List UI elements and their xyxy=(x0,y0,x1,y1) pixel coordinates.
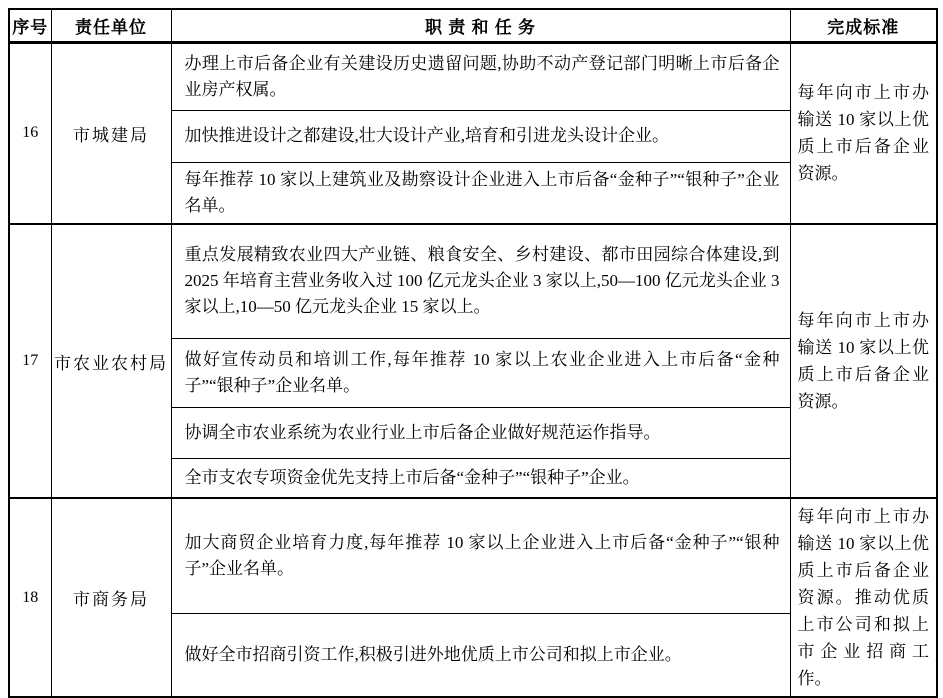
standard-cell: 每年向市上市办输送 10 家以上优质上市后备企业资源。 xyxy=(790,224,937,498)
task-cell: 重点发展精致农业四大产业链、粮食安全、乡村建设、都市田园综合体建设,到 2025… xyxy=(171,224,790,338)
task-cell: 办理上市后备企业有关建设历史遗留问题,协助不动产登记部门明晰上市后备企业房产权属… xyxy=(171,42,790,110)
col-header-tasks: 职 责 和 任 务 xyxy=(171,9,790,42)
task-cell: 加快推进设计之都建设,壮大设计产业,培育和引进龙头设计企业。 xyxy=(171,110,790,162)
col-header-standard: 完成标准 xyxy=(790,9,937,42)
table-row: 17 市农业农村局 重点发展精致农业四大产业链、粮食安全、乡村建设、都市田园综合… xyxy=(9,224,937,338)
unit-cell: 市商务局 xyxy=(51,498,171,697)
standard-cell: 每年向市上市办输送 10 家以上优质上市后备企业资源。 xyxy=(790,42,937,224)
unit-cell: 市城建局 xyxy=(51,42,171,224)
seq-cell: 18 xyxy=(9,498,51,697)
header-row: 序号 责任单位 职 责 和 任 务 完成标准 xyxy=(9,9,937,42)
col-header-seq: 序号 xyxy=(9,9,51,42)
seq-cell: 16 xyxy=(9,42,51,224)
unit-cell: 市农业农村局 xyxy=(51,224,171,498)
task-cell: 做好宣传动员和培训工作,每年推荐 10 家以上农业企业进入上市后备“金种子”“银… xyxy=(171,338,790,407)
responsibility-task-table: 序号 责任单位 职 责 和 任 务 完成标准 16 市城建局 办理上市后备企业有… xyxy=(8,8,938,698)
task-cell: 每年推荐 10 家以上建筑业及勘察设计企业进入上市后备“金种子”“银种子”企业名… xyxy=(171,162,790,224)
standard-cell: 每年向市上市办输送 10 家以上优质上市后备企业资源。推动优质上市公司和拟上市企… xyxy=(790,498,937,697)
table-row: 18 市商务局 加大商贸企业培育力度,每年推荐 10 家以上企业进入上市后备“金… xyxy=(9,498,937,613)
table-row: 16 市城建局 办理上市后备企业有关建设历史遗留问题,协助不动产登记部门明晰上市… xyxy=(9,42,937,110)
task-cell: 加大商贸企业培育力度,每年推荐 10 家以上企业进入上市后备“金种子”“银种子”… xyxy=(171,498,790,613)
task-cell: 全市支农专项资金优先支持上市后备“金种子”“银种子”企业。 xyxy=(171,458,790,498)
task-cell: 协调全市农业系统为农业行业上市后备企业做好规范运作指导。 xyxy=(171,407,790,458)
seq-cell: 17 xyxy=(9,224,51,498)
task-cell: 做好全市招商引资工作,积极引进外地优质上市公司和拟上市企业。 xyxy=(171,613,790,697)
col-header-unit: 责任单位 xyxy=(51,9,171,42)
